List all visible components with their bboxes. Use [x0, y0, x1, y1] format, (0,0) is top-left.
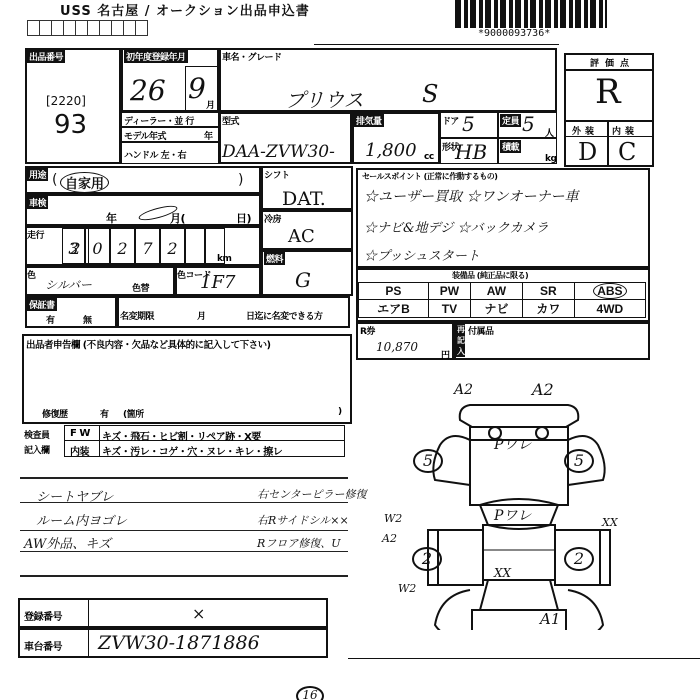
- equipment-abs: ABS: [574, 283, 645, 300]
- month-unit: 月: [206, 98, 215, 111]
- mileage-digit: 2: [62, 228, 89, 264]
- diagram-mark-hood: Pワレ: [494, 434, 531, 454]
- recycle-fee-unit: 円: [441, 348, 450, 361]
- inspector-note-left: シートヤブレ: [36, 486, 113, 505]
- repair-place: (箇所: [123, 407, 144, 420]
- sales-points-label: セールスポイント (正常に作動するもの): [362, 171, 497, 182]
- color-code: 1F7: [200, 272, 235, 293]
- diagram-mark-left-front-wheel: 5: [413, 449, 443, 473]
- inspector-label-top: 検査員: [24, 428, 50, 441]
- name-change-label: 名変期限: [120, 309, 154, 322]
- interior-score: C: [618, 138, 636, 166]
- displacement-label: 排気量: [354, 114, 384, 127]
- mileage-digit-empty: [185, 228, 205, 264]
- equipment-row: エアB TV ナビ カワ 4WD: [359, 300, 646, 318]
- diagram-mark-right-front-wheel: 5: [564, 449, 594, 473]
- barcode: [455, 0, 607, 28]
- diagram-mark-front-right: A2: [532, 380, 554, 399]
- chassis-number: ZVW30-1871886: [98, 632, 260, 654]
- usage-close-paren: ): [238, 172, 243, 188]
- equipment-sr: SR: [522, 283, 574, 300]
- diagram-mark-left-rear-wheel: 2: [412, 547, 442, 571]
- equipment-abs-circled: ABS: [593, 283, 626, 299]
- diagram-mark-left-w2-upper: W2: [384, 512, 402, 525]
- mileage-digit: 7: [135, 228, 160, 264]
- warranty-book-no: 無: [83, 313, 92, 326]
- exterior-score: D: [578, 138, 597, 166]
- capacity-label: 定員: [500, 114, 521, 127]
- reg-number-label: 登録番号: [24, 608, 62, 623]
- inspector-note-left: ルーム内ヨゴレ: [36, 510, 127, 529]
- displacement-unit: cc: [424, 152, 434, 162]
- diagram-mark-roof: Pワレ: [494, 505, 531, 525]
- inspector-note-right: Rフロア修復、U: [257, 535, 341, 551]
- diagram-mark-right-xx: XX: [602, 516, 618, 529]
- divider: [348, 658, 700, 659]
- doors: 5: [462, 112, 475, 136]
- car-name-label: 車名・グレード: [222, 50, 282, 63]
- mileage-digits: 2 3 0 2 7 2: [62, 228, 225, 264]
- usage-value: 自家用: [60, 172, 109, 193]
- divider: [564, 136, 654, 137]
- model-year-label: モデル年式: [124, 129, 166, 142]
- inspection-label: 車検: [27, 196, 48, 209]
- fuel-label: 燃料: [264, 252, 285, 265]
- diagram-mark-rear: A1: [540, 610, 560, 628]
- repair-label: 修復歴: [42, 407, 68, 420]
- note-rule: [20, 575, 348, 577]
- model-code: DAA-ZVW30-: [222, 142, 335, 162]
- form-title: USS 名古屋 / オークション出品申込書: [60, 0, 310, 19]
- load-unit: kg: [545, 154, 556, 164]
- capacity: 5: [522, 112, 535, 136]
- score-label: 評価点: [590, 56, 635, 69]
- mileage-label: 走行: [27, 228, 44, 241]
- mileage-digit: 2: [110, 228, 135, 264]
- chassis-number-label: 車台番号: [24, 638, 62, 653]
- equipment-table: PS PW AW SR ABS エアB TV ナビ カワ 4WD: [358, 282, 646, 318]
- equipment-ps: PS: [359, 283, 429, 300]
- diagram-mark-right-rear-wheel: 2: [564, 547, 594, 571]
- warranty-book-label: 保証書: [27, 298, 57, 311]
- note-rule: [20, 477, 348, 479]
- inspection-day-unit: 日): [236, 210, 251, 226]
- mileage-digit: 2: [160, 228, 185, 264]
- reg-number-box: [18, 598, 328, 628]
- warranty-book-yes: 有: [46, 313, 55, 326]
- equipment-4wd: 4WD: [574, 300, 645, 318]
- model-code-label: 型式: [222, 114, 239, 127]
- page-mark: 16: [296, 686, 324, 700]
- equipment-leather: カワ: [522, 300, 574, 318]
- shift-label: シフト: [264, 168, 290, 181]
- fuel-value: G: [295, 268, 311, 292]
- diagram-mark-front-left: A2: [454, 382, 473, 398]
- recycle-fee-label: R券: [360, 324, 375, 337]
- inspection-year-unit: 年: [106, 210, 117, 226]
- inspector-note-right: 右センターピラー修復: [257, 486, 367, 502]
- entry-number-cells: [27, 20, 147, 36]
- usage-open-paren: (: [52, 172, 57, 188]
- sales-point: ☆プッシュスタート: [364, 245, 480, 264]
- divider: [564, 69, 654, 71]
- overall-score: R: [595, 72, 621, 112]
- color-label: 色: [27, 268, 36, 281]
- divider: [99, 425, 100, 457]
- name-change-note: 日迄に名変できる方: [246, 309, 323, 322]
- equipment-row: PS PW AW SR ABS: [359, 283, 646, 300]
- equipment-navi: ナビ: [471, 300, 523, 318]
- equipment-airbag: エアB: [359, 300, 429, 318]
- car-grade: S: [422, 80, 438, 108]
- doors-label: ドア: [442, 114, 459, 127]
- interior-legend-label: 内装: [70, 443, 89, 458]
- model-year-unit: 年: [204, 129, 213, 142]
- ac-value: AC: [288, 226, 315, 247]
- shift-value: DAT.: [282, 188, 326, 210]
- repair-close: ): [338, 407, 342, 417]
- registration-month: 9: [188, 72, 206, 105]
- inspector-note-left: AW外品、キズ: [24, 533, 111, 552]
- inspector-note-right: 右Rサイドシル××: [257, 512, 349, 528]
- equipment-label: 装備品 (純正品に限る): [452, 270, 528, 281]
- diagram-mark-left-a2: A2: [382, 532, 397, 545]
- barcode-number: *9000093736*: [478, 28, 550, 39]
- handle-label: ハンドル 左・右: [124, 148, 186, 161]
- reg-number: ×: [192, 604, 205, 623]
- ac-label: 冷房: [264, 212, 281, 225]
- diagram-mark-trunk: XX: [494, 566, 511, 580]
- body-shape: HB: [455, 140, 487, 164]
- lot-code: [2220]: [46, 94, 86, 108]
- name-change-unit: 月: [197, 309, 206, 322]
- recycle-fee: 10,870: [376, 340, 418, 354]
- color-change: 色替: [132, 281, 149, 294]
- equipment-tv: TV: [428, 300, 470, 318]
- accessories-side-label: 再記入: [455, 324, 465, 357]
- accessories-label: 付属品: [468, 324, 494, 337]
- equipment-aw: AW: [471, 283, 523, 300]
- inspection-box: [25, 194, 261, 226]
- equipment-pw: PW: [428, 283, 470, 300]
- dealer-label: ディーラー・並 行: [124, 114, 194, 127]
- registration-year: 26: [130, 74, 166, 107]
- repair-yes: 有: [100, 407, 109, 420]
- note-rule: [20, 530, 348, 531]
- diagram-mark-left-w2-lower: W2: [398, 582, 416, 595]
- mileage-unit: km: [217, 254, 231, 264]
- inspector-label-bottom: 記入欄: [24, 443, 50, 456]
- sales-point: ☆ナビ&地デジ ☆バックカメラ: [364, 217, 548, 236]
- usage-label: 用途: [27, 168, 48, 181]
- fw-label: F W: [70, 428, 90, 439]
- lot-label: 出品番号: [27, 50, 65, 63]
- car-name: プリウス: [285, 84, 364, 113]
- divider: [564, 120, 654, 122]
- displacement: 1,800: [365, 140, 417, 161]
- registration-label: 初年度登録年月: [124, 50, 188, 63]
- lot-number: 93: [54, 110, 87, 140]
- divider: [607, 120, 609, 167]
- fw-items: キズ・飛石・ヒビ割・リペア跡・X要: [102, 428, 261, 443]
- color-value: シルバー: [45, 276, 92, 293]
- interior-legend-items: キズ・汚レ・コゲ・穴・ヌレ・キレ・擦レ: [102, 443, 282, 458]
- declaration-label: 出品者申告欄 (不良内容・欠品など具体的に記入して下さい): [26, 337, 271, 351]
- divider: [314, 44, 559, 45]
- sales-point: ☆ユーザー買取 ☆ワンオーナー車: [364, 186, 578, 206]
- load-label: 積載: [500, 140, 521, 153]
